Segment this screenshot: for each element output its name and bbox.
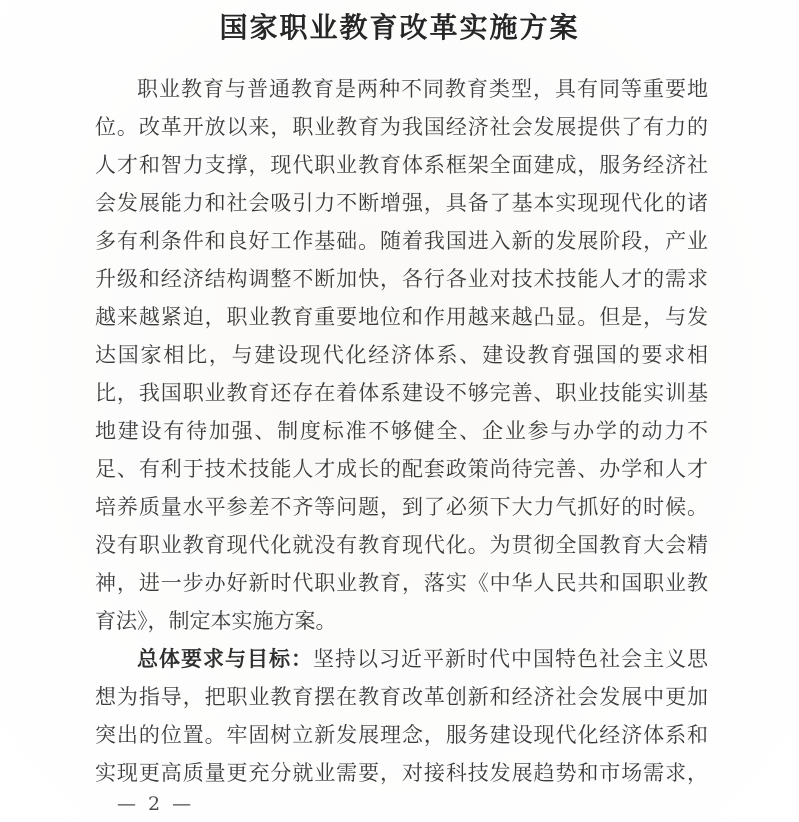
text-line: 足、有利于技术技能人才成长的配套政策尚待完善、办学和人才: [95, 450, 708, 488]
text-line: 多有利条件和良好工作基础。随着我国进入新的发展阶段，产业: [95, 222, 708, 260]
text-line: 没有职业教育现代化就没有教育现代化。为贯彻全国教育大会精: [95, 526, 708, 564]
paragraph: 职业教育与普通教育是两种不同教育类型，具有同等重要地位。改革开放以来，职业教育为…: [95, 70, 708, 640]
text-line: 育法》，制定本实施方案。: [95, 602, 708, 640]
page-number: — 2 —: [117, 794, 194, 814]
text-line: 培养质量水平参差不齐等问题，到了必须下大力气抓好的时候。: [95, 488, 708, 526]
text-line: 实现更高质量更充分就业需要，对接科技发展趋势和市场需求，: [95, 754, 708, 792]
text-line: 比，我国职业教育还存在着体系建设不够完善、职业技能实训基: [95, 374, 708, 412]
document-body: 职业教育与普通教育是两种不同教育类型，具有同等重要地位。改革开放以来，职业教育为…: [0, 70, 799, 792]
paragraph: 总体要求与目标：坚持以习近平新时代中国特色社会主义思想为指导，把职业教育摆在教育…: [95, 640, 708, 792]
text-line: 人才和智力支撑，现代职业教育体系框架全面建成，服务经济社: [95, 146, 708, 184]
text-line: 想为指导，把职业教育摆在教育改革创新和经济社会发展中更加: [95, 678, 708, 716]
text-line: 达国家相比，与建设现代化经济体系、建设教育强国的要求相: [95, 336, 708, 374]
text-line: 突出的位置。牢固树立新发展理念，服务建设现代化经济体系和: [95, 716, 708, 754]
text-line: 越来越紧迫，职业教育重要地位和作用越来越凸显。但是，与发: [95, 298, 708, 336]
document-page: 国家职业教育改革实施方案 职业教育与普通教育是两种不同教育类型，具有同等重要地位…: [0, 0, 799, 822]
text-line: 会发展能力和社会吸引力不断增强，具备了基本实现现代化的诸: [95, 184, 708, 222]
paragraph-lead-bold: 总体要求与目标：: [137, 646, 313, 671]
text-line: 位。改革开放以来，职业教育为我国经济社会发展提供了有力的: [95, 108, 708, 146]
text-line: 总体要求与目标：坚持以习近平新时代中国特色社会主义思: [95, 640, 708, 678]
text-line: 神，进一步办好新时代职业教育，落实《中华人民共和国职业教: [95, 564, 708, 602]
document-title: 国家职业教育改革实施方案: [0, 10, 799, 46]
text-line: 升级和经济结构调整不断加快，各行各业对技术技能人才的需求: [95, 260, 708, 298]
text-line: 地建设有待加强、制度标准不够健全、企业参与办学的动力不: [95, 412, 708, 450]
text-line: 职业教育与普通教育是两种不同教育类型，具有同等重要地: [95, 70, 708, 108]
